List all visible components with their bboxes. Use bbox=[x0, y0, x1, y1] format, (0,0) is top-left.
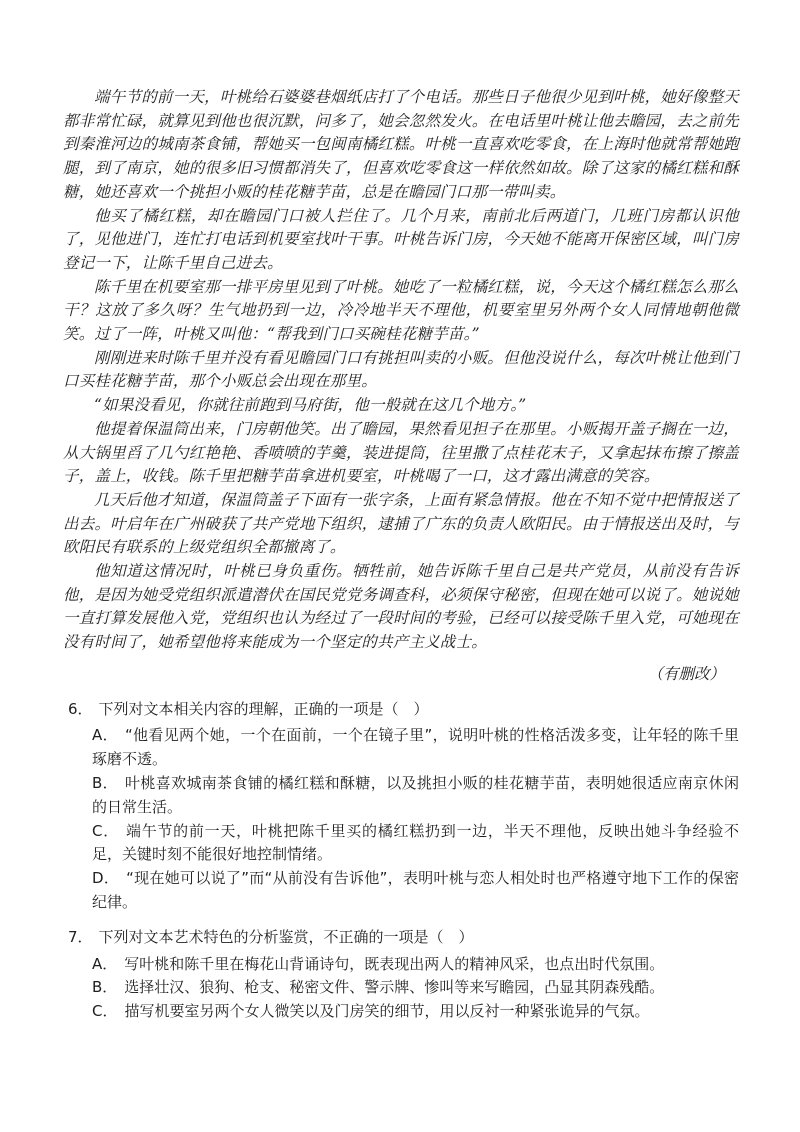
question-6: 6．下列对文本相关内容的理解，正确的一项是（ ） A．“他看见两个她，一个在面前… bbox=[63, 698, 739, 915]
option-a-label: A． bbox=[92, 955, 117, 973]
option-b-text: 叶桃喜欢城南茶食铺的橘红糕和酥糖，以及挑担小贩的桂花糖芋苗，表明她很适应南京休闲… bbox=[92, 774, 739, 816]
option-d-label: D． bbox=[92, 869, 119, 887]
passage-paragraph-2: 他买了橘红糕，却在瞻园门口被人拦住了。几个月来，南前北后两道门，几班门房都认识他… bbox=[63, 205, 739, 276]
passage-paragraph-8: 他知道这情况时，叶桃已身负重伤。牺牲前，她告诉陈千里自己是共产党员，从前没有告诉… bbox=[63, 560, 739, 655]
question-7: 7．下列对文本艺术特色的分析鉴赏，不正确的一项是（ ） A．写叶桃和陈千里在梅花… bbox=[63, 926, 739, 1024]
passage-paragraph-7: 几天后他才知道，保温筒盖子下面有一张字条，上面有紧急情报。他在不知不觉中把情报送… bbox=[63, 489, 739, 560]
passage-paragraph-1: 端午节的前一天，叶桃给石婆婆巷烟纸店打了个电话。那些日子他很少见到叶桃，她好像整… bbox=[63, 86, 739, 205]
question-6-stem: 6．下列对文本相关内容的理解，正确的一项是（ ） bbox=[63, 698, 739, 722]
option-c-text: 端午节的前一天，叶桃把陈千里买的橘红糕扔到一边，半天不理他，反映出她斗争经验不足… bbox=[92, 822, 739, 864]
option-a-label: A． bbox=[92, 726, 118, 744]
document-content: 端午节的前一天，叶桃给石婆婆巷烟纸店打了个电话。那些日子他很少见到叶桃，她好像整… bbox=[63, 86, 739, 1024]
option-a-text: “他看见两个她，一个在面前，一个在镜子里”，说明叶桃的性格活泼多变，让年轻的陈千… bbox=[92, 726, 739, 768]
question-7-stem: 7．下列对文本艺术特色的分析鉴赏，不正确的一项是（ ） bbox=[63, 926, 739, 950]
question-6-option-a: A．“他看见两个她，一个在面前，一个在镜子里”，说明叶桃的性格活泼多变，让年轻的… bbox=[92, 724, 739, 772]
question-6-option-d: D．“现在她可以说了”而“从前没有告诉他”，表明叶桃与恋人相处时也严格遵守地下工… bbox=[92, 867, 739, 915]
option-c-text: 描写机要室另两个女人微笑以及门房笑的细节，用以反衬一种紧张诡异的气氛。 bbox=[124, 1002, 649, 1020]
question-7-option-b: B．选择壮汉、狼狗、枪支、秘密文件、警示牌、惨叫等来写瞻园，凸显其阴森残酷。 bbox=[92, 976, 739, 1000]
reading-passage: 端午节的前一天，叶桃给石婆婆巷烟纸店打了个电话。那些日子他很少见到叶桃，她好像整… bbox=[63, 86, 739, 687]
document-page: 端午节的前一天，叶桃给石婆婆巷烟纸店打了个电话。那些日子他很少见到叶桃，她好像整… bbox=[0, 0, 800, 1132]
question-7-option-a: A．写叶桃和陈千里在梅花山背诵诗句，既表现出两人的精神风采，也点出时代氛围。 bbox=[92, 953, 739, 977]
question-6-option-c: C．端午节的前一天，叶桃把陈千里买的橘红糕扔到一边，半天不理他，反映出她斗争经验… bbox=[92, 820, 739, 868]
passage-paragraph-5: “如果没看见，你就往前跑到马府街，他一般就在这几个地方。” bbox=[63, 394, 739, 418]
option-b-label: B． bbox=[92, 774, 118, 792]
passage-paragraph-4: 刚刚进来时陈千里并没有看见瞻园门口有挑担叫卖的小贩。但他没说什么，每次叶桃让他到… bbox=[63, 347, 739, 394]
option-c-label: C． bbox=[92, 822, 119, 840]
question-7-number: 7． bbox=[68, 928, 93, 946]
option-c-label: C． bbox=[92, 1002, 117, 1020]
option-b-text: 选择壮汉、狼狗、枪支、秘密文件、警示牌、惨叫等来写瞻园，凸显其阴森残酷。 bbox=[124, 978, 664, 996]
question-6-number: 6． bbox=[68, 700, 93, 718]
question-6-option-b: B．叶桃喜欢城南茶食铺的橘红糕和酥糖，以及挑担小贩的桂花糖芋苗，表明她很适应南京… bbox=[92, 772, 739, 820]
question-7-option-c: C．描写机要室另两个女人微笑以及门房笑的细节，用以反衬一种紧张诡异的气氛。 bbox=[92, 1000, 739, 1024]
passage-attribution: （有删改） bbox=[63, 663, 739, 687]
question-7-stem-text: 下列对文本艺术特色的分析鉴赏，不正确的一项是（ ） bbox=[99, 928, 474, 946]
option-a-text: 写叶桃和陈千里在梅花山背诵诗句，既表现出两人的精神风采，也点出时代氛围。 bbox=[124, 955, 664, 973]
question-6-stem-text: 下列对文本相关内容的理解，正确的一项是（ ） bbox=[99, 700, 429, 718]
passage-paragraph-6: 他提着保温筒出来，门房朝他笑。出了瞻园，果然看见担子在那里。小贩揭开盖子搁在一边… bbox=[63, 418, 739, 489]
option-b-label: B． bbox=[92, 978, 117, 996]
passage-paragraph-3: 陈千里在机要室那一排平房里见到了叶桃。她吃了一粒橘红糕，说，今天这个橘红糕怎么那… bbox=[63, 276, 739, 347]
option-d-text: “现在她可以说了”而“从前没有告诉他”，表明叶桃与恋人相处时也严格遵守地下工作的… bbox=[92, 869, 739, 911]
